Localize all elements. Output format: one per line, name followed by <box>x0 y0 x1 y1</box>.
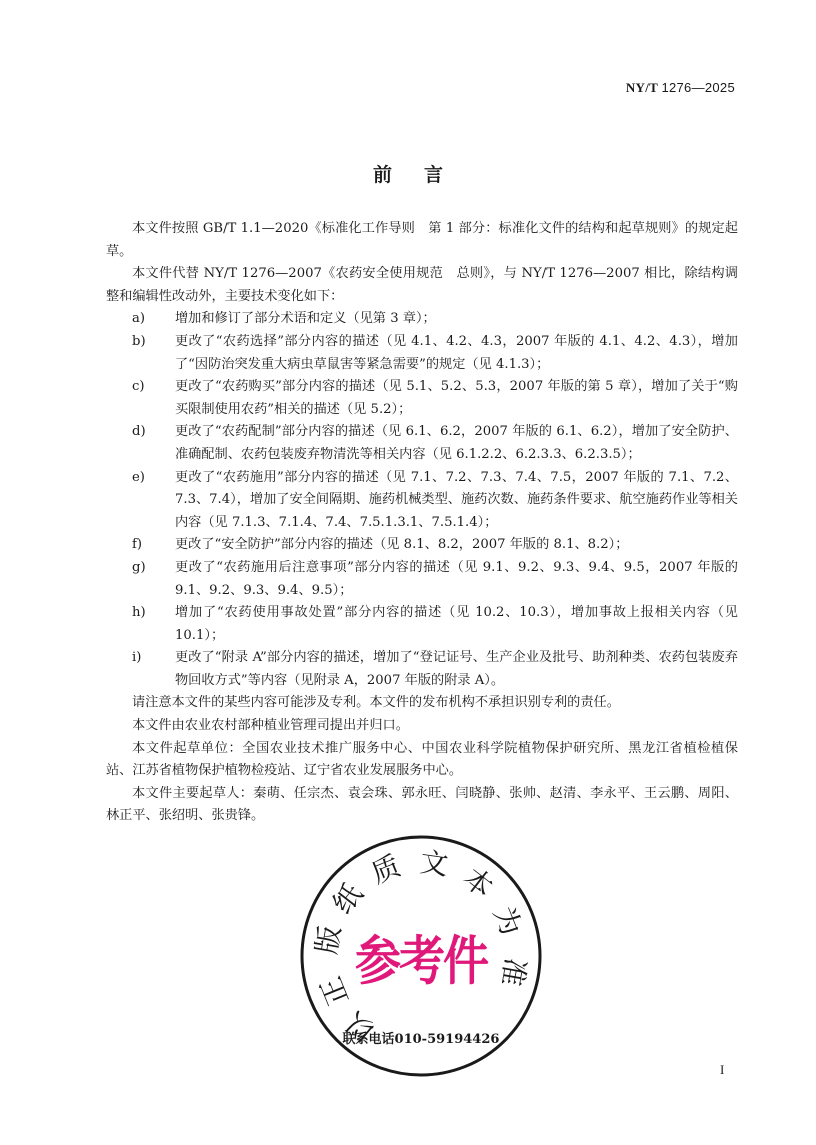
standard-prefix: NY/T <box>626 80 658 95</box>
list-text: 更改了“农药配制”部分内容的描述（见 6.1、6.2，2007 年版的 6.1、… <box>175 421 738 466</box>
list-label: e) <box>106 467 175 535</box>
reference-copy-stamp: 以正版纸质文本为准 参考件 联系电话010-59194426 <box>297 832 545 1080</box>
list-label: a) <box>106 308 175 331</box>
standard-code: NY/T 1276—2025 <box>626 80 735 96</box>
list-item: e)更改了“农药施用”部分内容的描述（见 7.1、7.2、7.3、7.4、7.5… <box>132 467 738 535</box>
list-text: 增加和修订了部分术语和定义（见第 3 章）； <box>175 308 738 331</box>
list-text: 更改了“安全防护”部分内容的描述（见 8.1、8.2，2007 年版的 8.1、… <box>175 534 738 557</box>
list-item: a)增加和修订了部分术语和定义（见第 3 章）； <box>132 308 738 331</box>
list-text: 更改了“附录 A”部分内容的描述，增加了“登记证号、生产企业及批号、助剂种类、农… <box>175 647 738 692</box>
list-label: f) <box>106 534 175 557</box>
list-label: b) <box>106 331 175 376</box>
list-text: 更改了“农药购买”部分内容的描述（见 5.1、5.2、5.3，2007 年版的第… <box>175 376 738 421</box>
stamp-center-text: 参考件 <box>297 919 545 995</box>
standard-number: 1276—2025 <box>661 80 735 95</box>
list-item: i)更改了“附录 A”部分内容的描述，增加了“登记证号、生产企业及批号、助剂种类… <box>132 647 738 692</box>
list-label: i) <box>106 647 175 692</box>
list-item: h)增加了“农药使用事故处置”部分内容的描述（见 10.2、10.3），增加事故… <box>132 602 738 647</box>
list-text: 更改了“农药施用”部分内容的描述（见 7.1、7.2、7.3、7.4、7.5，2… <box>175 467 738 535</box>
paragraph-proposer: 本文件由农业农村部种植业管理司提出并归口。 <box>106 715 738 738</box>
page-number: I <box>720 1062 724 1078</box>
list-label: c) <box>106 376 175 421</box>
list-text: 更改了“农药施用后注意事项”部分内容的描述（见 9.1、9.2、9.3、9.4、… <box>175 557 738 602</box>
list-item: f)更改了“安全防护”部分内容的描述（见 8.1、8.2，2007 年版的 8.… <box>132 534 738 557</box>
paragraph-patent-notice: 请注意本文件的某些内容可能涉及专利。本文件的发布机构不承担识别专利的责任。 <box>106 692 738 715</box>
list-item: d)更改了“农药配制”部分内容的描述（见 6.1、6.2，2007 年版的 6.… <box>132 421 738 466</box>
list-label: g) <box>106 557 175 602</box>
list-item: g)更改了“农药施用后注意事项”部分内容的描述（见 9.1、9.2、9.3、9.… <box>132 557 738 602</box>
list-label: h) <box>106 602 175 647</box>
list-text: 更改了“农药选择”部分内容的描述（见 4.1、4.2、4.3，2007 年版的 … <box>175 331 738 376</box>
list-label: d) <box>106 421 175 466</box>
list-item: b)更改了“农药选择”部分内容的描述（见 4.1、4.2、4.3，2007 年版… <box>132 331 738 376</box>
list-text: 增加了“农药使用事故处置”部分内容的描述（见 10.2、10.3），增加事故上报… <box>175 602 738 647</box>
page-title: 前言 <box>0 160 816 187</box>
changes-list: a)增加和修订了部分术语和定义（见第 3 章）； b)更改了“农药选择”部分内容… <box>106 308 738 692</box>
list-item: c)更改了“农药购买”部分内容的描述（见 5.1、5.2、5.3，2007 年版… <box>132 376 738 421</box>
stamp-ring-char: 文 <box>416 845 452 883</box>
paragraph-replaces: 本文件代替 NY/T 1276—2007《农药安全使用规范 总则》，与 NY/T… <box>106 263 738 308</box>
stamp-phone: 联系电话010-59194426 <box>297 1028 545 1047</box>
paragraph-drafting-rules: 本文件按照 GB/T 1.1—2020《标准化工作导则 第 1 部分：标准化文件… <box>106 218 738 263</box>
paragraph-drafters: 本文件主要起草人：秦萌、任宗杰、袁会珠、郭永旺、闫晓静、张帅、赵清、李永平、王云… <box>106 783 738 828</box>
foreword-body: 本文件按照 GB/T 1.1—2020《标准化工作导则 第 1 部分：标准化文件… <box>106 218 738 828</box>
paragraph-drafting-units: 本文件起草单位：全国农业技术推广服务中心、中国农业科学院植物保护研究所、黑龙江省… <box>106 738 738 783</box>
